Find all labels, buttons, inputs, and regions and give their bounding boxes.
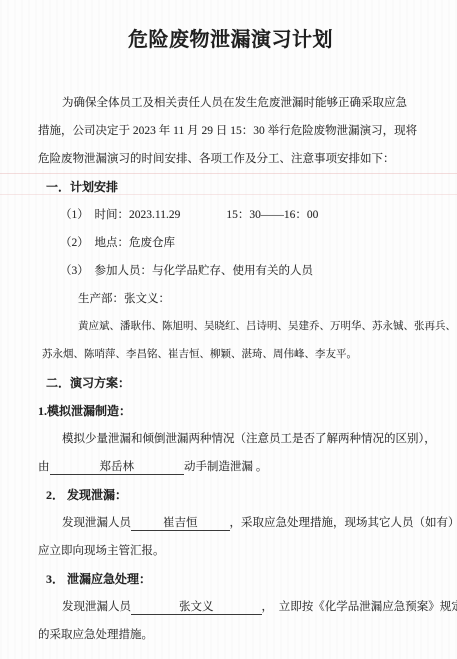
section-drill-scheme: 二．演习方案： 1.模拟泄漏制造： 模拟少量泄漏和倾倒泄漏两种情况（注意员工是否… bbox=[38, 369, 423, 649]
intro-paragraph: 为确保全体员工及相关责任人员在发生危废泄漏时能够正确采取应急 措施，公司决定于 … bbox=[38, 89, 423, 173]
step2-heading: 2． 发现泄漏： bbox=[38, 481, 423, 509]
handwritten-name: 张文义 bbox=[179, 601, 214, 613]
step1-lead: 由 bbox=[38, 461, 50, 473]
department-line: 生产部：张文义： bbox=[38, 285, 423, 313]
participants-line: 苏永烟、陈哨萍、李昌铭、崔吉恒、柳颖、湛琦、周伟峰、李友平。 bbox=[38, 341, 423, 369]
intro-line: 危险废物泄漏演习的时间安排、各项工作及分工、注意事项安排如下： bbox=[38, 145, 423, 173]
plan-item-participants: （3） 参加人员：与化学品贮存、使用有关的人员 bbox=[38, 257, 423, 285]
step3-tail: ， 立即按《化学品泄漏应急预案》规定 bbox=[262, 601, 457, 613]
section2-heading: 二．演习方案： bbox=[38, 369, 423, 397]
plan-item-location: （2） 地点：危废仓库 bbox=[38, 229, 423, 257]
step2-lead: 发现泄漏人员 bbox=[62, 517, 131, 529]
handwritten-name: 崔吉恒 bbox=[163, 517, 198, 529]
fill-in-blank: 郑岳林 bbox=[50, 461, 185, 475]
step3-heading: 3． 泄漏应急处理： bbox=[38, 565, 423, 593]
handwritten-name: 郑岳林 bbox=[100, 461, 135, 473]
section1-heading: 一．计划安排 bbox=[38, 173, 423, 201]
scanned-document-page: 危险废物泄漏演习计划 为确保全体员工及相关责任人员在发生危废泄漏时能够正确采取应… bbox=[0, 0, 457, 659]
step1-body-line: 模拟少量泄漏和倾倒泄漏两种情况（注意员工是否了解两种情况的区别）， bbox=[38, 425, 423, 453]
intro-line: 措施，公司决定于 2023 年 11 月 29 日 15：30 举行危险废物泄漏… bbox=[38, 117, 423, 145]
participants-line: 黄应斌、潘耿伟、陈旭明、吴晓红、吕诗明、吴建乔、万明华、苏永铖、张再兵、 bbox=[38, 313, 423, 341]
step3-lead: 发现泄漏人员 bbox=[62, 601, 131, 613]
step3-fill-line: 发现泄漏人员张文义， 立即按《化学品泄漏应急预案》规定 bbox=[38, 593, 423, 621]
document-title: 危险废物泄漏演习计划 bbox=[38, 24, 423, 56]
step2-fill-line: 发现泄漏人员崔吉恒，采取应急处理措施，现场其它人员（如有） bbox=[38, 509, 423, 537]
step1-fill-line: 由郑岳林动手制造泄漏 。 bbox=[38, 453, 423, 481]
step1-tail: 动手制造泄漏 。 bbox=[184, 461, 267, 473]
step1-heading: 1.模拟泄漏制造： bbox=[38, 397, 423, 425]
section-plan: 一．计划安排 （1） 时间：2023.11.29 15：30——16：00 （2… bbox=[38, 173, 423, 369]
intro-line: 为确保全体员工及相关责任人员在发生危废泄漏时能够正确采取应急 bbox=[38, 89, 423, 117]
fill-in-blank: 张文义 bbox=[131, 601, 262, 615]
fill-in-blank: 崔吉恒 bbox=[131, 517, 230, 531]
step3-body-line: 的采取应急处理措施。 bbox=[38, 621, 423, 649]
plan-item-time: （1） 时间：2023.11.29 15：30——16：00 bbox=[38, 201, 423, 229]
step2-tail: ，采取应急处理措施，现场其它人员（如有） bbox=[230, 517, 457, 529]
step2-body-line: 应立即向现场主管汇报。 bbox=[38, 537, 423, 565]
